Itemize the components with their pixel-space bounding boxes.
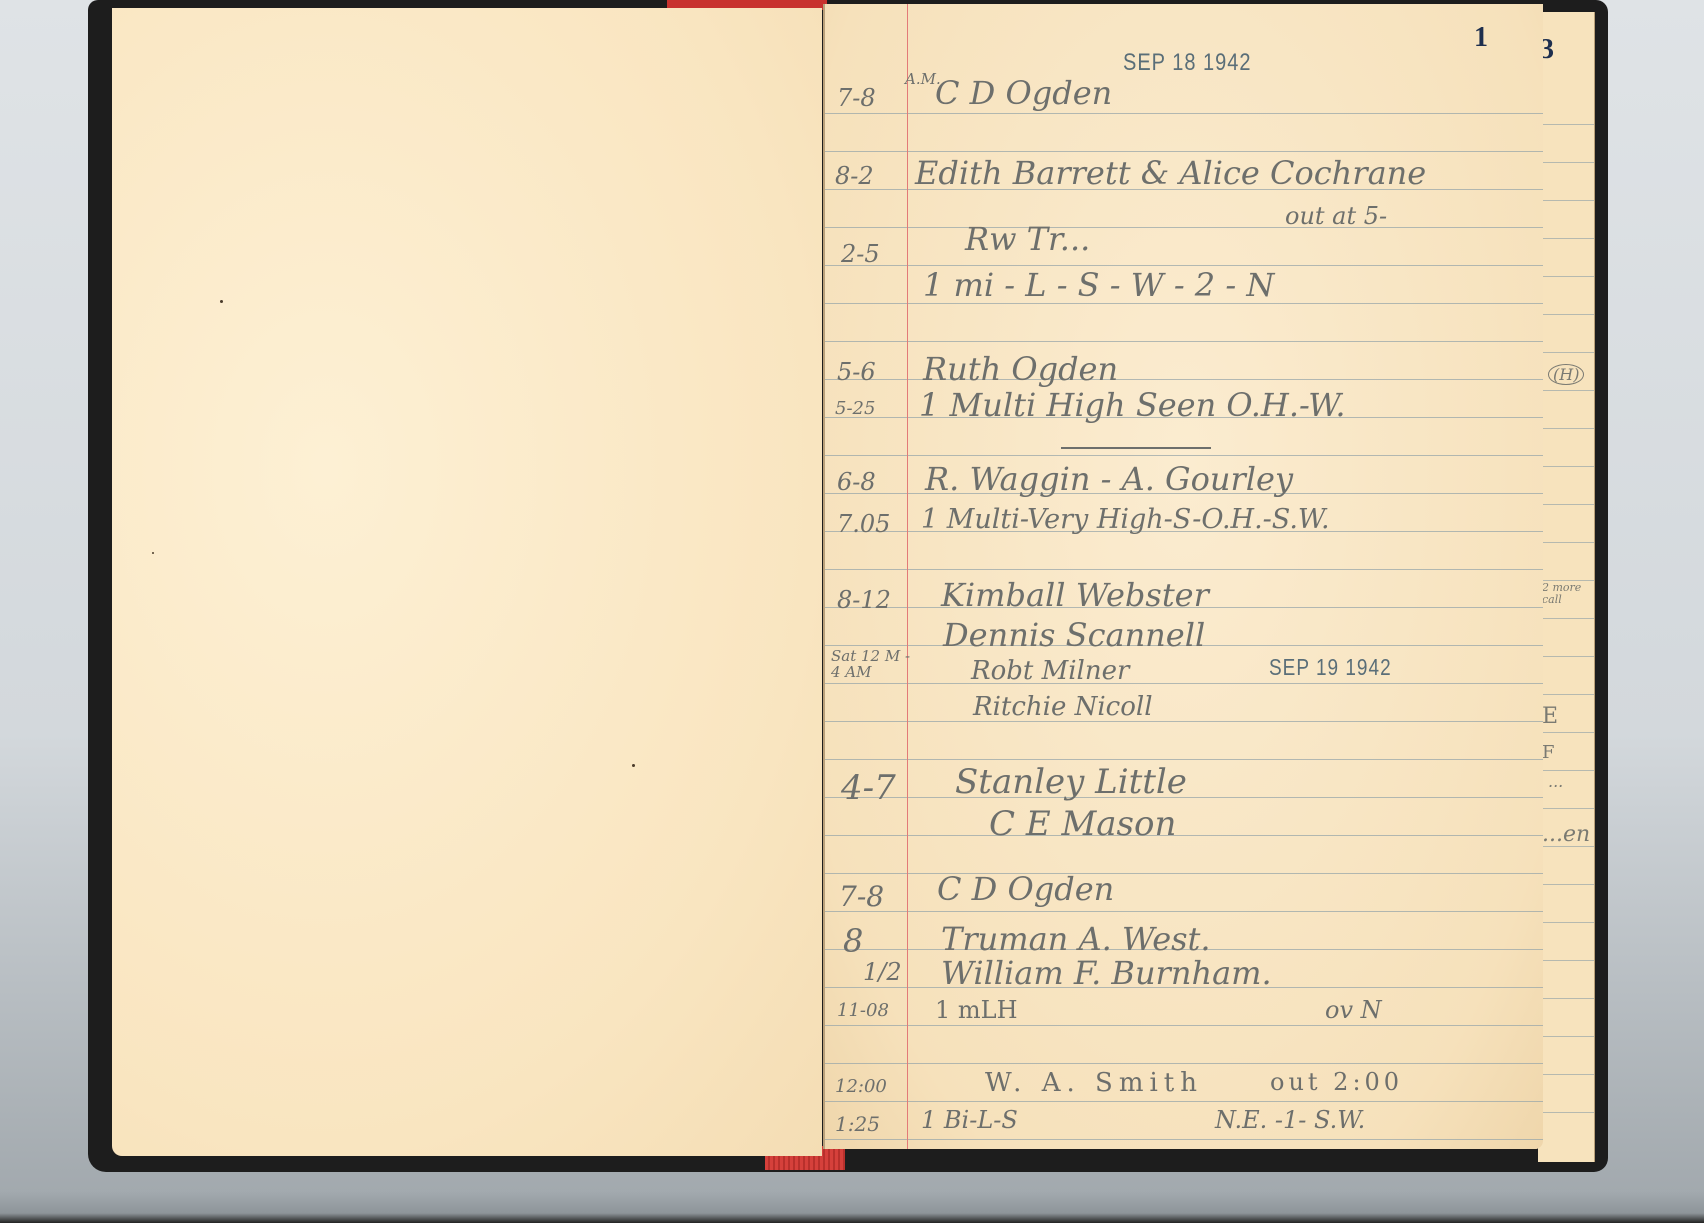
underlying-page: 3 (H) 2 more call E F ... ...en <box>1538 12 1595 1162</box>
entry-observation: 1 Multi High Seen O.H.-W. <box>919 386 1346 424</box>
entry-name: Edith Barrett & Alice Cochrane <box>915 154 1426 192</box>
entry-time: 5-25 <box>835 398 875 419</box>
entry-time: 8-12 <box>837 586 891 614</box>
entry-time: 7.05 <box>837 510 890 538</box>
entry-name: Dennis Scannell <box>943 616 1205 654</box>
entry-note: out 2:00 <box>1270 1068 1403 1096</box>
entry-name: Ruth Ogden <box>923 350 1118 388</box>
marginalia: 2 more call <box>1542 582 1590 606</box>
entry-time: 4-7 <box>841 768 896 808</box>
entry-name: R. Waggin - A. Gourley <box>925 460 1293 498</box>
marginalia: (H) <box>1548 364 1584 385</box>
left-page-blank <box>112 8 822 1156</box>
paper-speck <box>220 300 223 303</box>
entry-time: 12:00 <box>835 1076 887 1097</box>
entry-name: Rw Tr... <box>965 220 1090 258</box>
paper-speck <box>632 764 635 767</box>
entry-time: Sat 12 M - 4 AM <box>831 648 911 680</box>
entry-time: 8 <box>843 922 863 960</box>
marginalia: F <box>1542 742 1555 763</box>
marginalia: E <box>1542 704 1558 729</box>
entry-name: Stanley Little <box>955 762 1187 802</box>
entry-name: Kimball Webster <box>941 576 1209 614</box>
entry-observation: 1 mLH <box>935 996 1018 1024</box>
marginalia: ...en <box>1542 822 1590 847</box>
date-stamp: SEP 19 1942 <box>1269 656 1392 682</box>
table-surface <box>0 1190 1704 1223</box>
date-stamp: SEP 18 1942 <box>1123 50 1252 78</box>
entry-name: C E Mason <box>989 804 1176 844</box>
entry-name: William F. Burnham. <box>941 954 1272 992</box>
entry-note: N.E. -1- S.W. <box>1215 1106 1365 1134</box>
entry-time: 7-8 <box>839 880 884 913</box>
underline <box>1061 447 1211 449</box>
entry-name: Ritchie Nicoll <box>973 692 1153 722</box>
entry-name: C D Ogden <box>937 870 1114 908</box>
entry-name: W. A. Smith <box>985 1068 1203 1098</box>
entry-observation: 1 mi - L - S - W - 2 - N <box>923 266 1274 304</box>
entry-time: 11-08 <box>837 1000 889 1021</box>
entry-name: Truman A. West. <box>941 920 1211 958</box>
entry-time: 2-5 <box>841 240 880 268</box>
entry-time: 7-8 <box>837 84 876 112</box>
paper-speck <box>152 552 154 554</box>
entry-name: Robt Milner <box>971 656 1129 686</box>
entry-time: 1/2 <box>863 958 902 986</box>
entry-observation: 1 Multi-Very High-S-O.H.-S.W. <box>921 504 1330 535</box>
entry-name: C D Ogden <box>935 74 1112 112</box>
entry-time: 5-6 <box>837 358 876 386</box>
entry-time: 6-8 <box>837 468 876 496</box>
entry-time: 8-2 <box>835 162 874 190</box>
entry-observation: 1 Bi-L-S <box>921 1106 1018 1134</box>
entry-note: out at 5- <box>1285 202 1387 230</box>
right-page-log: 1 SEP 18 1942 SEP 19 1942 7-8 A.M. C D O… <box>823 4 1543 1149</box>
entry-note: ov N <box>1325 996 1382 1024</box>
marginalia: ... <box>1548 772 1563 791</box>
red-margin-line <box>907 4 908 1149</box>
page-number: 1 <box>1474 22 1488 54</box>
entry-time: 1:25 <box>835 1112 880 1136</box>
